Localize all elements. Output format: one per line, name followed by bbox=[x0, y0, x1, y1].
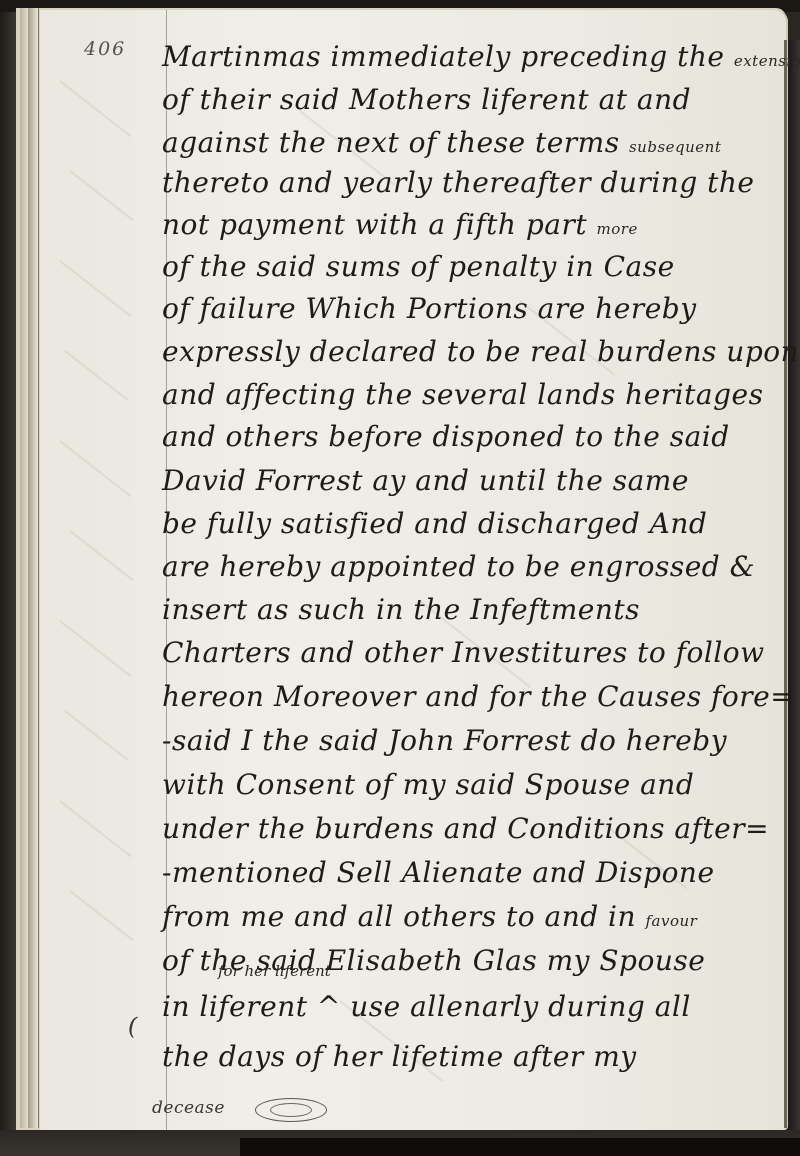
text-line: -said I the said John Forrest do hereby bbox=[162, 724, 727, 757]
text-line-final: decease bbox=[152, 1098, 225, 1118]
text-line: are hereby appointed to be engrossed & bbox=[162, 550, 755, 583]
text-line: hereon Moreover and for the Causes fore= bbox=[162, 680, 794, 713]
text-line: expressly declared to be real burdens up… bbox=[162, 335, 799, 368]
book-spine bbox=[0, 0, 16, 1156]
text-line: David Forrest ay and until the same bbox=[162, 464, 689, 497]
interlinear-insertion: for her liferent bbox=[218, 962, 331, 980]
text-line: not payment with a fifth part more bbox=[162, 208, 638, 241]
text-line: the days of her lifetime after my bbox=[162, 1040, 637, 1073]
text-line: -mentioned Sell Alienate and Dispone bbox=[162, 856, 715, 889]
text-line: from me and all others to and in favour bbox=[162, 900, 697, 933]
text-line: Charters and other Investitures to follo… bbox=[162, 636, 765, 669]
text-line: and affecting the several lands heritage… bbox=[162, 378, 763, 411]
page-edge bbox=[20, 8, 28, 1128]
text-line: thereto and yearly thereafter during the bbox=[162, 166, 755, 199]
text-line: insert as such in the Infeftments bbox=[162, 593, 640, 626]
text-line: be fully satisfied and discharged And bbox=[162, 507, 707, 540]
backdrop-bottom-shadow bbox=[240, 1138, 800, 1156]
page-number: 406 bbox=[84, 38, 126, 60]
text-line: with Consent of my said Spouse and bbox=[162, 768, 694, 801]
text-line: in liferent ^ use allenarly during all bbox=[162, 990, 691, 1023]
text-line: under the burdens and Conditions after= bbox=[162, 812, 769, 845]
text-line: and others before disponed to the said bbox=[162, 420, 730, 453]
book-cover-edge bbox=[788, 40, 800, 1130]
closing-flourish-inner bbox=[270, 1103, 312, 1117]
page-edge bbox=[28, 8, 39, 1128]
text-line: of their said Mothers liferent at and bbox=[162, 83, 691, 116]
text-line: of failure Which Portions are hereby bbox=[162, 292, 697, 325]
text-line: of the said sums of penalty in Case bbox=[162, 250, 675, 283]
text-line: against the next of these terms subseque… bbox=[162, 126, 721, 159]
text-line: Martinmas immediately preceding the exte… bbox=[162, 40, 800, 73]
page-right-edge bbox=[784, 40, 787, 1128]
